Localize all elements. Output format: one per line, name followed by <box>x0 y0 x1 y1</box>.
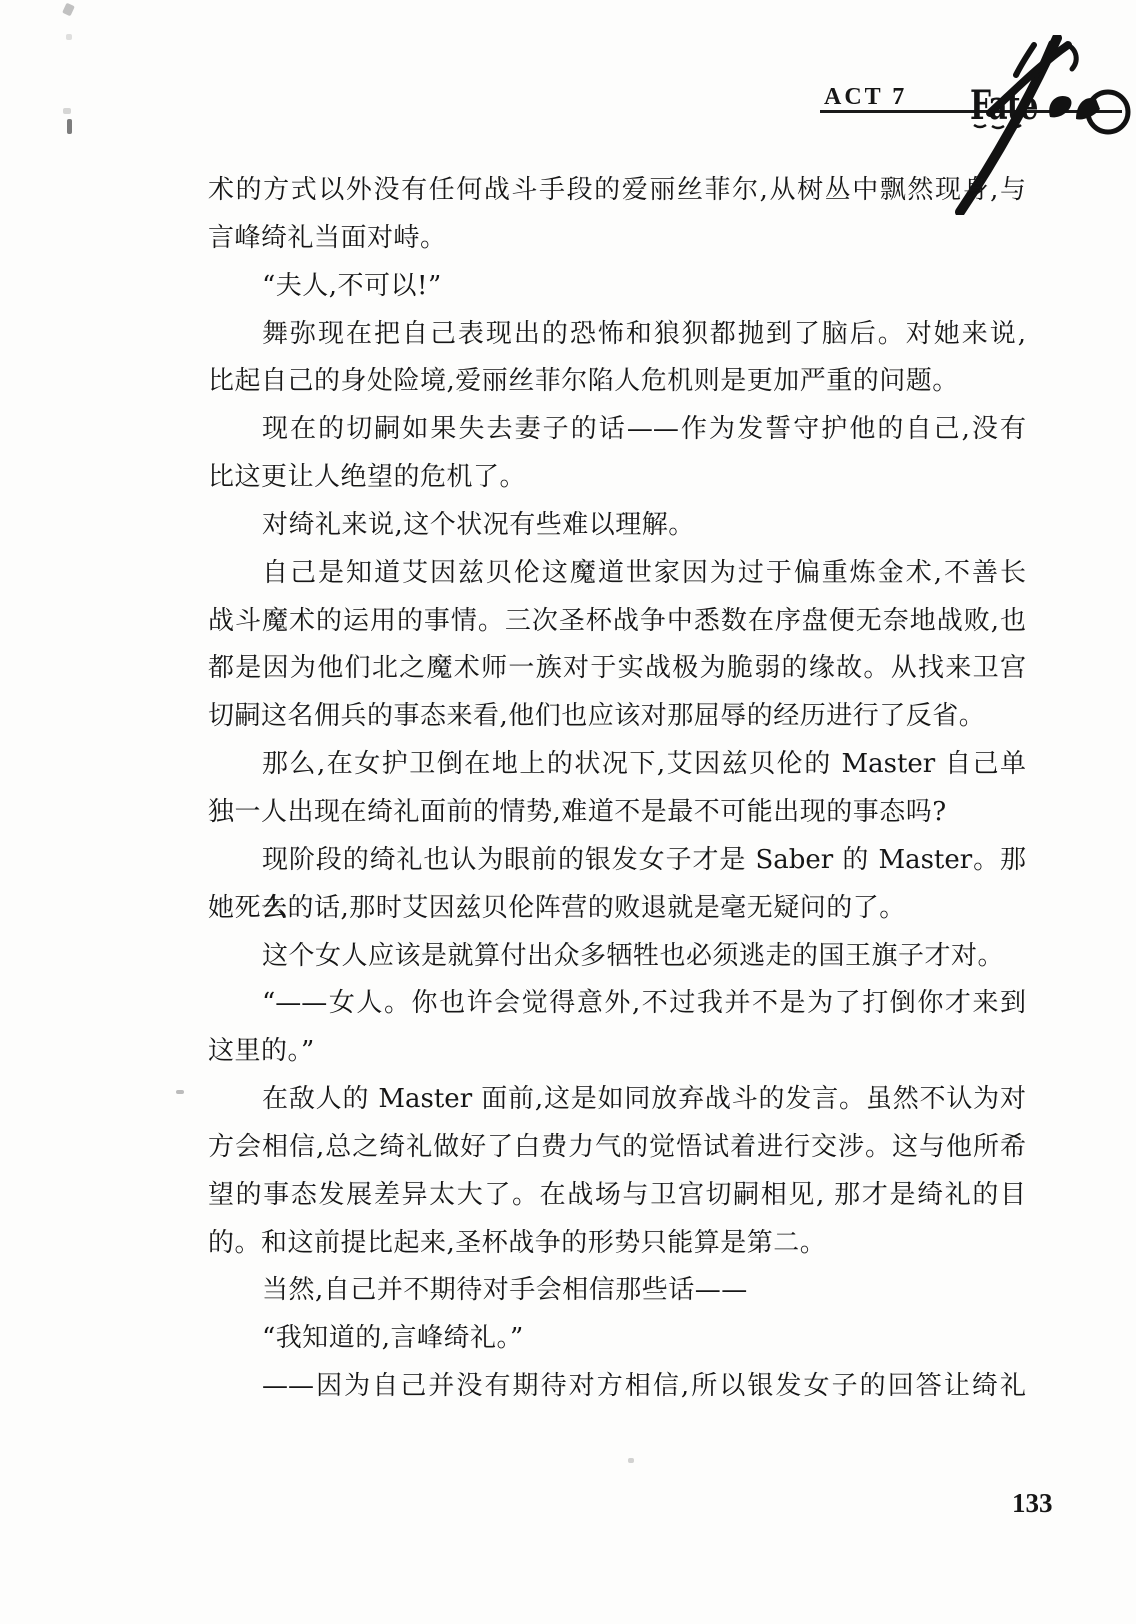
text-line-18: “——女人。你也许会觉得意外,不过我并不是为了打倒你才来到 <box>208 980 1026 1028</box>
text-line-26: ——因为自己并没有期待对方相信,所以银发女子的回答让绮礼 <box>208 1363 1026 1411</box>
text-line-12: 切嗣这名佣兵的事态来看,他们也应该对那屈辱的经历进行了反省。 <box>208 693 1026 741</box>
text-line-7: 比这更让人绝望的危机了。 <box>208 454 1026 502</box>
text-line-16: 她死去的话,那时艾因兹贝伦阵营的败退就是毫无疑问的了。 <box>208 885 1026 933</box>
act-chapter-label: ACT 7 <box>824 84 907 111</box>
scan-artifact <box>66 34 72 40</box>
text-line-14: 独一人出现在绮礼面前的情势,难道不是最不可能出现的事态吗? <box>208 789 1026 837</box>
text-line-21: 方会相信,总之绮礼做好了白费力气的觉悟试着进行交涉。这与他所希 <box>208 1124 1026 1172</box>
text-line-4: 舞弥现在把自己表现出的恐怖和狼狈都抛到了脑后。对她来说, <box>208 311 1026 359</box>
text-line-9: 自己是知道艾因兹贝伦这魔道世家因为过于偏重炼金术,不善长 <box>208 550 1026 598</box>
scan-artifact <box>67 119 72 134</box>
text-line-11: 都是因为他们北之魔术师一族对于实战极为脆弱的缘故。从找来卫宫 <box>208 645 1026 693</box>
text-line-2: 言峰绮礼当面对峙。 <box>208 215 1026 263</box>
scan-artifact <box>176 1090 184 1094</box>
text-line-23: 的。和这前提比起来,圣杯战争的形势只能算是第二。 <box>208 1220 1026 1268</box>
text-line-8: 对绮礼来说,这个状况有些难以理解。 <box>208 502 1026 550</box>
text-line-25: “我知道的,言峰绮礼。” <box>208 1315 1026 1363</box>
scan-artifact <box>63 108 71 114</box>
text-line-24: 当然,自己并不期待对手会相信那些话—— <box>208 1267 1026 1315</box>
text-line-15: 现阶段的绮礼也认为眼前的银发女子才是 Saber 的 Master。那么 <box>208 837 1026 885</box>
text-line-6: 现在的切嗣如果失去妻子的话——作为发誓守护他的自己,没有 <box>208 406 1026 454</box>
page-number: 133 <box>1012 1488 1053 1519</box>
text-line-19: 这里的。” <box>208 1028 1026 1076</box>
text-line-3: “夫人,不可以!” <box>208 263 1026 311</box>
text-line-1: 术的方式以外没有任何战斗手段的爱丽丝菲尔,从树丛中飘然现身,与 <box>208 167 1026 215</box>
text-line-17: 这个女人应该是就算付出众多牺牲也必须逃走的国王旗子才对。 <box>208 933 1026 981</box>
scan-artifact <box>628 1458 634 1463</box>
text-line-13: 那么,在女护卫倒在地上的状况下,艾因兹贝伦的 Master 自己单 <box>208 741 1026 789</box>
body-text: 术的方式以外没有任何战斗手段的爱丽丝菲尔,从树丛中飘然现身,与言峰绮礼当面对峙。… <box>208 167 1026 1411</box>
book-page: ACT 7 Fate 术的方式以外没有任何战斗手段的爱丽丝菲尔,从树丛中飘然现身… <box>0 0 1136 1624</box>
text-line-22: 望的事态发展差异太大了。在战场与卫宫切嗣相见, 那才是绮礼的目 <box>208 1172 1026 1220</box>
scan-artifact <box>62 3 75 17</box>
text-line-5: 比起自己的身处险境,爱丽丝菲尔陷人危机则是更加严重的问题。 <box>208 358 1026 406</box>
text-line-20: 在敌人的 Master 面前,这是如同放弃战斗的发言。虽然不认为对 <box>208 1076 1026 1124</box>
text-line-10: 战斗魔术的运用的事情。三次圣杯战争中悉数在序盘便无奈地战败,也 <box>208 598 1026 646</box>
